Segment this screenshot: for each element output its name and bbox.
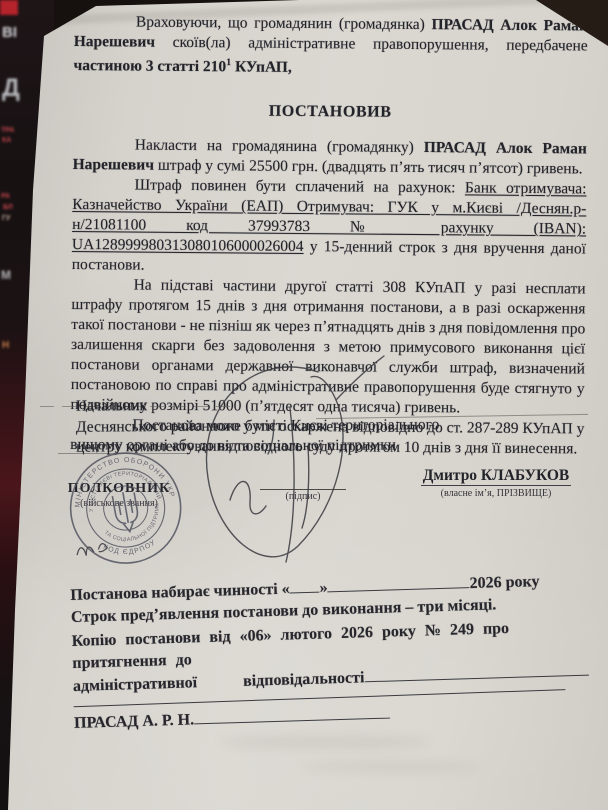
- fine-text: Накласти на громадянина (громадянку): [135, 137, 424, 157]
- bleed-through-smudge: [300, 762, 480, 772]
- intro-text: скоїв(ла) адміністративне правопорушення…: [155, 34, 588, 55]
- signatory-name: Дмитро КЛАБУКОВ: [421, 468, 572, 486]
- photographed-document: ВІ Д ТРА КА РА БЛ ГУ М Н Враховуючи, що …: [0, 0, 608, 810]
- background-fragment: БЛ: [3, 203, 13, 212]
- fine-paragraph: Накласти на громадянина (громадянку) ПРА…: [73, 135, 587, 179]
- fine-amount-text: штраф у сумі 25500 грн. (двадцять п’ять …: [154, 157, 583, 178]
- payment-paragraph: Штраф повинен бути сплачений на рахунок:…: [72, 175, 587, 279]
- document-paper: Враховуючи, що громадянин (громадянка) П…: [0, 0, 608, 810]
- signatory-name-caption: (власне ім’я, ПРІЗВИЩЕ): [398, 486, 594, 502]
- month-blank: [327, 572, 469, 592]
- payment-text: Штраф повинен бути сплачений на рахунок:: [134, 177, 465, 197]
- background-fragment: ВІ: [2, 24, 17, 41]
- background-fragment: Д: [2, 74, 20, 103]
- recipient-blank: [194, 703, 390, 725]
- pen-signature: [168, 350, 412, 584]
- stamp-ring-inner-top: У МІСТІ КИЄВІ ТЕРИТОРІАЛЬНИЙ ЦЕНТР: [46, 434, 164, 520]
- article-code: КУпАП,: [231, 59, 292, 77]
- date-blank: [289, 577, 319, 594]
- background-fragment: Н: [2, 340, 9, 351]
- background-red-patch: [0, 0, 18, 15]
- background-fragment: ТРА: [1, 126, 14, 135]
- background-fragment: ГУ: [2, 214, 10, 223]
- spacing-gap: [197, 686, 243, 687]
- background-fragment: КА: [2, 136, 11, 145]
- article-reference: частиною 3 статті 2101 КУпАП,: [73, 57, 291, 76]
- recipient-name: ПРАСАД А. Р. Н.: [74, 712, 194, 733]
- intro-text: Враховуючи, що громадянин (громадянка): [136, 14, 432, 34]
- background-fragment: М: [1, 268, 11, 282]
- article-number: частиною 3 статті 210: [73, 57, 226, 75]
- stamp-ring-inner-bottom: ТА СОЦІАЛЬНОЇ ПІДТРИМКИ: [46, 435, 167, 555]
- copy-word: відповідальності: [243, 667, 365, 693]
- closing-block: Постанова набирає чинності «»2026 року С…: [70, 569, 590, 736]
- intro-paragraph: Враховуючи, що громадянин (громадянка) П…: [73, 12, 588, 81]
- copy-word: адміністративної: [73, 672, 198, 698]
- effective-year: 2026 року: [469, 573, 539, 592]
- background-fragment: РА: [1, 192, 10, 201]
- signatory-name-block: Дмитро КЛАБУКОВ (власне ім’я, ПРІЗВИЩЕ): [398, 468, 594, 502]
- bleed-through-smudge: [220, 735, 430, 749]
- resolution-heading: ПОСТАНОВИВ: [73, 100, 587, 124]
